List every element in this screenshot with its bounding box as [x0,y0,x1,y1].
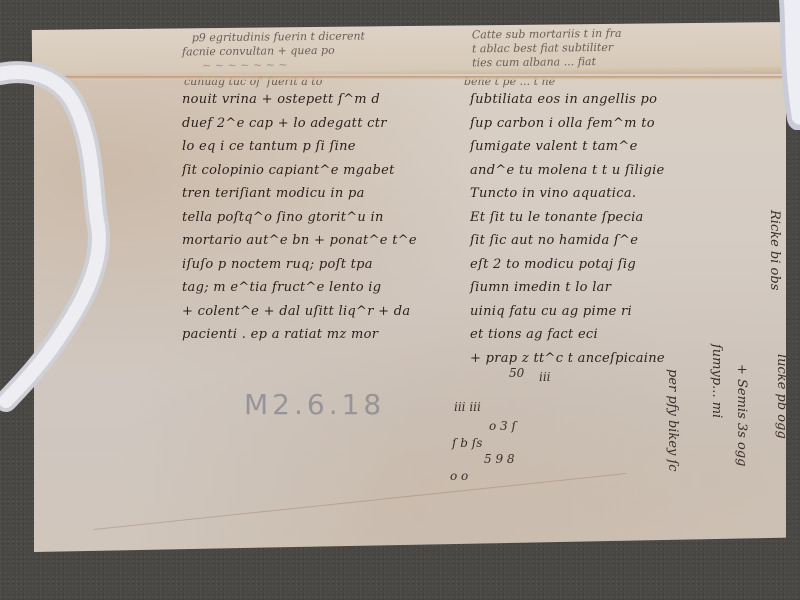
text-line: ſit ſic aut no hamida ſ^e [470,229,750,253]
calc-note: 50 [509,366,524,380]
text-line: uiniq fatu cu ag pime ri [470,300,750,324]
vertical-note: per pfy bikey ſc [665,369,680,472]
strip-line: ties cum albana ... fiat [472,54,596,71]
calc-note: iii iii [454,400,481,414]
text-line: and^e tu molena t t u ſiligie [470,159,750,183]
text-line: ſup carbon i olla fem^m to [470,112,750,136]
calc-note: iii [539,370,551,384]
right-text-column: ſubtiliata eos in angellis po ſup carbon… [470,88,750,370]
text-line: ſiumn imedin t lo lar [470,276,750,300]
calc-note: ſ b ſs [452,436,482,450]
text-line: lo eq i ce tantum p ſi ſine [182,135,472,159]
fold-crease [34,76,786,80]
text-line: tag; m e^tia fruct^e lento ig [182,276,472,300]
parchment-leaf: cunuag tuc of' fuerit a to bene t pe ...… [34,74,786,552]
text-line: + colent^e + dal uſitt liq^r + da [182,300,472,324]
vertical-note: lucke pb ogg [774,354,789,439]
vertical-note: Ricke bi obs [767,210,782,290]
shelfmark: M2.6.18 [244,388,385,421]
left-text-column: nouit vrina + ostepett ſ^m d duef 2^e ca… [182,88,472,347]
strip-line: ~ ~ ~ ~ ~ ~ ~ [202,57,288,74]
text-line: mortario aut^e bn + ponat^e t^e [182,229,472,253]
calc-note: o o [450,469,468,483]
text-line: ſubtiliata eos in angellis po [470,88,750,112]
calc-note: o 3 ſ [489,419,516,433]
text-line: eſt 2 to modicu potaj ſig [470,253,750,277]
text-line: Tuncto in vino aquatica. [470,182,750,206]
text-line: nouit vrina + ostepett ſ^m d [182,88,472,112]
vertical-note: + Semis 3s ogg [734,364,749,466]
text-line: duef 2^e cap + lo adegatt ctr [182,112,472,136]
text-line: ſumigate valent t tam^e [470,135,750,159]
text-line: ſit colopinio capiant^e mgabet [182,159,472,183]
vertical-note: ſumyp... mi [709,344,724,418]
text-line: iſuſo p noctem ruq; poſt tpa [182,253,472,277]
text-line: et tions ag fact eci [470,323,750,347]
text-line: pacienti . ep a ratiat mz mor [182,323,472,347]
text-line: Et ſit tu le tonante ſpecia [470,206,750,230]
text-line: tella poſtq^o ſino gtorit^u in [182,206,472,230]
text-line: tren teriſiant modicu in pa [182,182,472,206]
fold-line [94,473,626,530]
calc-note: 5 9 8 [484,452,515,466]
